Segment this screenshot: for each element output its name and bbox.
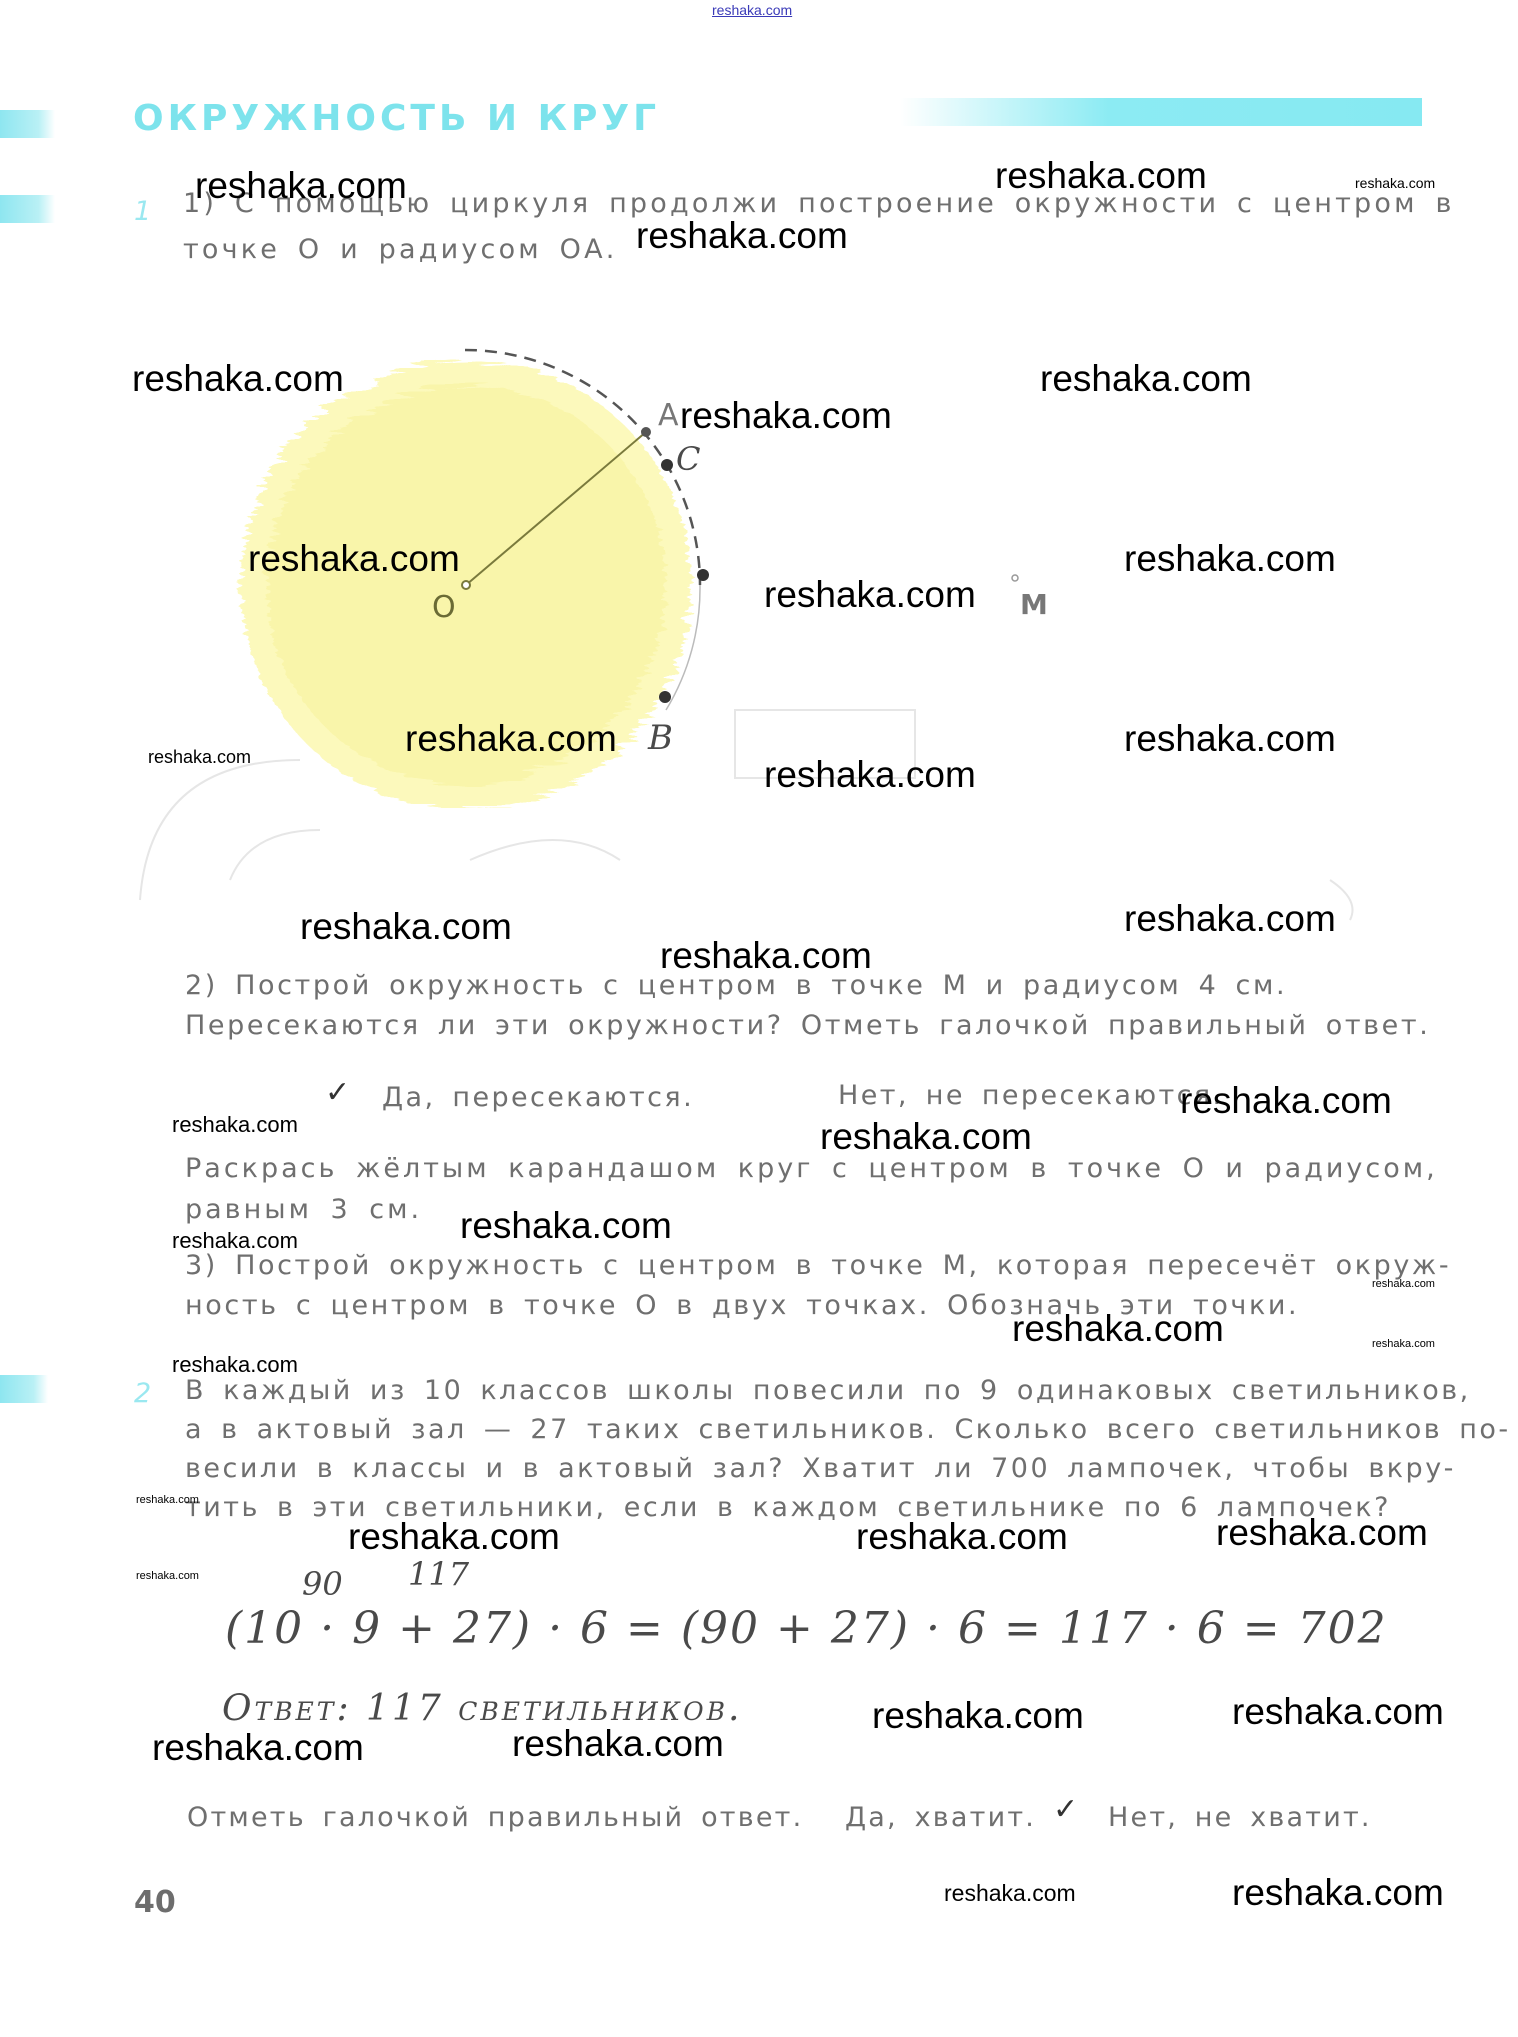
option-not-enough[interactable]: Нет, не хватит. bbox=[1108, 1802, 1372, 1833]
watermark: reshaka.com bbox=[1180, 1080, 1392, 1122]
watermark: reshaka.com bbox=[148, 747, 251, 768]
point-a-dot bbox=[641, 427, 651, 437]
solution-equation: (10 · 9 + 27) · 6 = (90 + 27) · 6 = 117 … bbox=[225, 1603, 1388, 1654]
watermark: reshaka.com bbox=[1372, 1338, 1435, 1350]
watermark: reshaka.com bbox=[660, 935, 872, 977]
center-o-dot bbox=[462, 581, 470, 589]
task1-part3-line1: 3) Построй окружность с центром в точке … bbox=[185, 1250, 1451, 1281]
watermark: reshaka.com bbox=[1232, 1872, 1444, 1914]
watermark: reshaka.com bbox=[680, 395, 892, 437]
option-yes-intersect[interactable]: Да, пересекаются. bbox=[382, 1082, 694, 1113]
watermark: reshaka.com bbox=[460, 1205, 672, 1247]
watermark: reshaka.com bbox=[405, 718, 617, 760]
watermark: reshaka.com bbox=[995, 155, 1207, 197]
annotation-117: 117 bbox=[408, 1555, 469, 1593]
watermark: reshaka.com bbox=[872, 1695, 1084, 1737]
watermark: reshaka.com bbox=[1216, 1512, 1428, 1554]
watermark: reshaka.com bbox=[152, 1727, 364, 1769]
point-c-dot bbox=[661, 459, 673, 471]
task2-line1: В каждый из 10 классов школы повесили по… bbox=[185, 1375, 1471, 1406]
watermark: reshaka.com bbox=[195, 165, 407, 207]
watermark: reshaka.com bbox=[856, 1516, 1068, 1558]
watermark: reshaka.com bbox=[136, 1494, 199, 1506]
annotation-90: 90 bbox=[302, 1565, 343, 1603]
watermark: reshaka.com bbox=[1040, 358, 1252, 400]
watermark: reshaka.com bbox=[172, 1228, 298, 1254]
watermark: reshaka.com bbox=[300, 906, 512, 948]
watermark: reshaka.com bbox=[1232, 1691, 1444, 1733]
task1-part2-line2: Пересекаются ли эти окружности? Отметь г… bbox=[185, 1010, 1430, 1041]
watermark: reshaka.com bbox=[136, 1570, 199, 1582]
watermark: reshaka.com bbox=[348, 1516, 560, 1558]
watermark: reshaka.com bbox=[172, 1352, 298, 1378]
watermark: reshaka.com bbox=[1124, 538, 1336, 580]
watermark: reshaka.com bbox=[636, 215, 848, 257]
point-right-dot bbox=[697, 569, 709, 581]
watermark: reshaka.com bbox=[944, 1880, 1076, 1907]
watermark: reshaka.com bbox=[1124, 898, 1336, 940]
watermark: reshaka.com bbox=[248, 538, 460, 580]
watermark: reshaka.com bbox=[764, 754, 976, 796]
watermark: reshaka.com bbox=[764, 574, 976, 616]
label-c: C bbox=[676, 440, 700, 478]
point-m-dot bbox=[1012, 575, 1018, 581]
watermark: reshaka.com bbox=[820, 1116, 1032, 1158]
watermark: reshaka.com bbox=[1124, 718, 1336, 760]
check-prompt: Отметь галочкой правильный ответ. bbox=[187, 1802, 803, 1833]
option-enough[interactable]: Да, хватит. bbox=[845, 1802, 1036, 1833]
watermark: reshaka.com bbox=[512, 1723, 724, 1765]
point-b-dot bbox=[659, 691, 671, 703]
task2-line3: весили в классы и в актовый зал? Хватит … bbox=[185, 1453, 1456, 1484]
label-b: B bbox=[648, 718, 673, 758]
check-mark-yes-intersect[interactable]: ✓ bbox=[325, 1075, 350, 1110]
watermark: reshaka.com bbox=[132, 358, 344, 400]
option-no-intersect[interactable]: Нет, не пересекаются. bbox=[838, 1080, 1224, 1111]
coloring-line1: Раскрась жёлтым карандашом круг с центро… bbox=[185, 1153, 1438, 1184]
watermark: reshaka.com bbox=[1012, 1308, 1224, 1350]
side-tab-decoration bbox=[0, 1375, 48, 1403]
coloring-line2: равным 3 см. bbox=[185, 1194, 422, 1225]
label-a: A bbox=[658, 398, 679, 433]
task2-line2: а в актовый зал — 27 таких светильников.… bbox=[185, 1414, 1511, 1445]
watermark: reshaka.com bbox=[1355, 175, 1435, 191]
task-number-2: 2 bbox=[134, 1378, 151, 1409]
watermark: reshaka.com bbox=[1372, 1278, 1435, 1290]
label-m: M bbox=[1020, 588, 1048, 621]
page-number: 40 bbox=[134, 1885, 176, 1920]
watermark: reshaka.com bbox=[172, 1112, 298, 1138]
check-mark-not-enough[interactable]: ✓ bbox=[1053, 1792, 1078, 1827]
label-o: O bbox=[432, 590, 456, 625]
